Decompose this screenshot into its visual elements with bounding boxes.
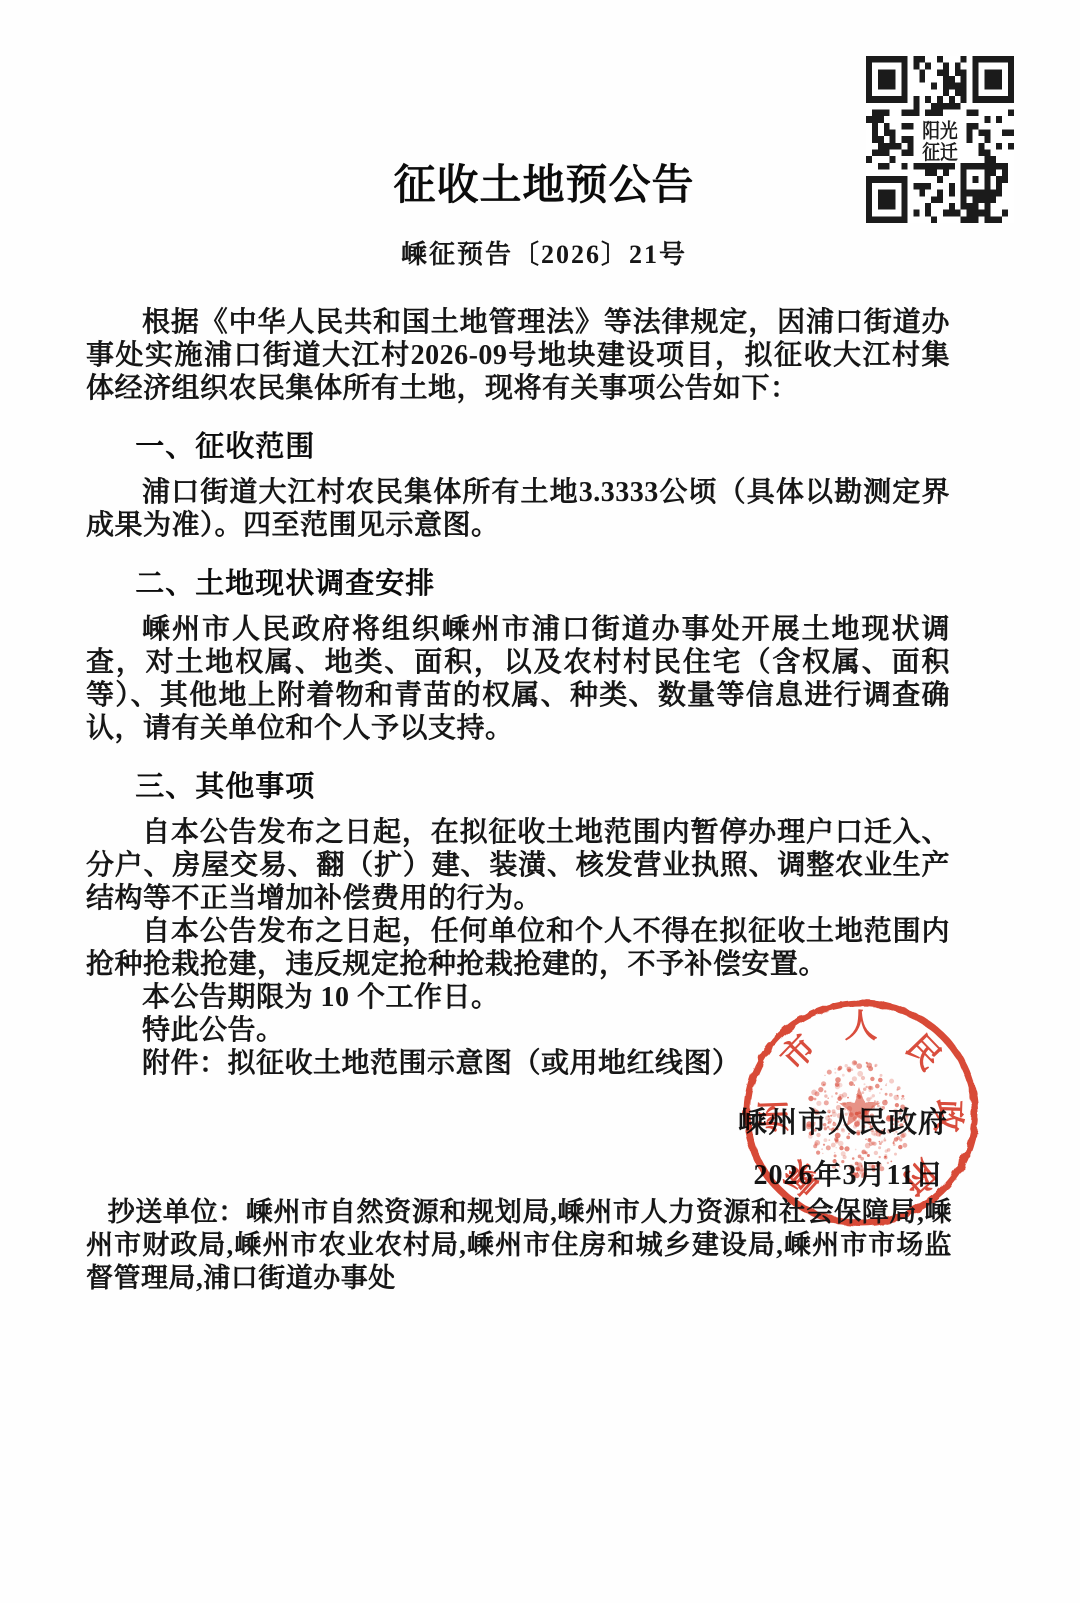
doc-number: 嵊征预告〔2026〕21号 bbox=[112, 240, 976, 270]
document-body: 征收土地预公告 嵊征预告〔2026〕21号 根据《中华人民共和国土地管理法》等法… bbox=[0, 0, 1080, 1080]
section-3-heading: 三、其他事项 bbox=[86, 771, 950, 804]
section-3-paragraph-2: 自本公告发布之日起，任何单位和个人不得在拟征收土地范围内抢种抢栽抢建，违反规定抢… bbox=[86, 915, 950, 981]
section-2-paragraph: 嵊州市人民政府将组织嵊州市浦口街道办事处开展土地现状调查，对土地权属、地类、面积… bbox=[86, 613, 950, 745]
svg-text:阳光: 阳光 bbox=[922, 118, 958, 142]
attachment-line: 附件：拟征收土地范围示意图（或用地红线图） bbox=[86, 1047, 950, 1080]
intro-paragraph: 根据《中华人民共和国土地管理法》等法律规定，因浦口街道办事处实施浦口街道大江村2… bbox=[86, 306, 950, 405]
section-3-paragraph-1: 自本公告发布之日起，在拟征收土地范围内暂停办理户口迁入、分户、房屋交易、翻（扩）… bbox=[86, 816, 950, 915]
section-2-heading: 二、土地现状调查安排 bbox=[86, 568, 950, 601]
notice-period-line: 本公告期限为 10 个工作日。 bbox=[86, 981, 950, 1014]
cc-list: 抄送单位：嵊州市自然资源和规划局,嵊州市人力资源和社会保障局,嵊州市财政局,嵊州… bbox=[86, 1196, 952, 1295]
hereby-announced-line: 特此公告。 bbox=[86, 1014, 950, 1047]
section-1-paragraph: 浦口街道大江村农民集体所有土地3.3333公顷（具体以勘测定界成果为准）。四至范… bbox=[86, 476, 950, 542]
signature-issuer: 嵊州市人民政府 bbox=[738, 1100, 948, 1141]
page-title: 征收土地预公告 bbox=[112, 160, 976, 210]
announcement-page: 阳光征迁 征收土地预公告 嵊征预告〔2026〕21号 根据《中华人民共和国土地管… bbox=[0, 0, 1080, 1603]
section-1-heading: 一、征收范围 bbox=[86, 431, 950, 464]
signature-date: 2026年3月11日 bbox=[754, 1153, 944, 1193]
